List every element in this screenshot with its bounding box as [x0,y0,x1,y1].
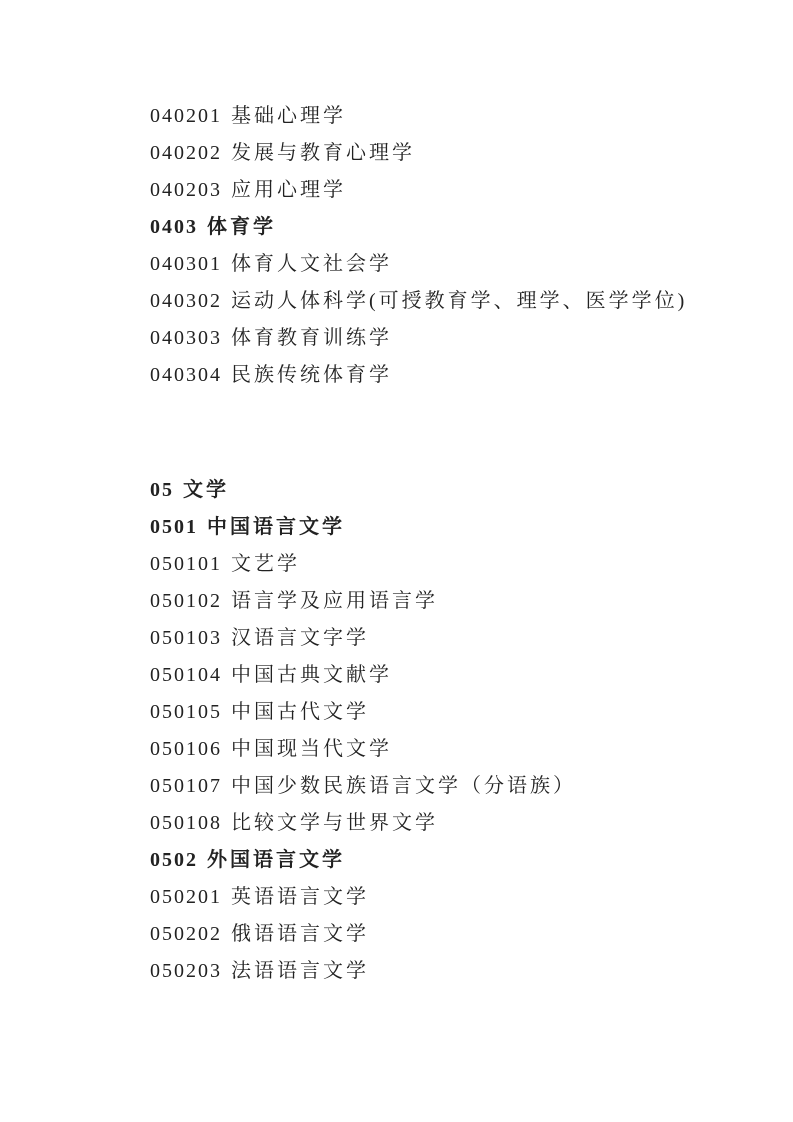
discipline-code: 050201 [150,886,222,908]
discipline-code: 050103 [150,627,222,649]
discipline-entry: 050101文艺学 [150,546,753,583]
document-page: 040201基础心理学040202发展与教育心理学040203应用心理学0403… [0,0,793,1122]
discipline-name: 比较文学与世界文学 [231,812,438,834]
discipline-section-heading: 0502外国语言文学 [150,842,753,879]
discipline-code: 050108 [150,812,222,834]
discipline-code: 050102 [150,590,222,612]
discipline-entry: 050103汉语言文字学 [150,620,753,657]
discipline-code: 050107 [150,775,222,797]
discipline-code: 0502 [150,849,198,871]
discipline-name: 中国古代文学 [231,701,369,723]
discipline-name: 中国少数民族语言文学（分语族） [231,775,576,797]
discipline-entry: 040304民族传统体育学 [150,357,753,394]
discipline-entry: 040203应用心理学 [150,172,753,209]
discipline-name: 体育人文社会学 [231,253,392,275]
discipline-code: 050202 [150,923,222,945]
discipline-name: 文学 [183,479,229,501]
discipline-entry: 050203法语语言文学 [150,953,753,990]
discipline-code: 040202 [150,142,222,164]
discipline-code: 040303 [150,327,222,349]
discipline-code: 040201 [150,105,222,127]
discipline-entry: 050107中国少数民族语言文学（分语族） [150,768,753,805]
discipline-code: 050104 [150,664,222,686]
discipline-name: 基础心理学 [231,105,346,127]
discipline-code: 040302 [150,290,222,312]
discipline-code: 040301 [150,253,222,275]
discipline-name: 汉语言文字学 [231,627,369,649]
discipline-entry: 040302运动人体科学(可授教育学、理学、医学学位) [150,283,753,320]
discipline-code: 050106 [150,738,222,760]
discipline-section-heading: 0403体育学 [150,209,753,246]
discipline-code: 040304 [150,364,222,386]
discipline-entry: 050104中国古典文献学 [150,657,753,694]
discipline-name: 外国语言文学 [207,849,345,871]
discipline-code: 050101 [150,553,222,575]
discipline-code: 050203 [150,960,222,982]
discipline-name: 中国现当代文学 [231,738,392,760]
discipline-entry: 050201英语语言文学 [150,879,753,916]
discipline-catalog: 040201基础心理学040202发展与教育心理学040203应用心理学0403… [150,98,753,990]
discipline-name: 中国语言文学 [207,516,345,538]
discipline-name: 体育学 [207,216,276,238]
discipline-code: 0403 [150,216,198,238]
discipline-entry: 050105中国古代文学 [150,694,753,731]
discipline-entry: 050102语言学及应用语言学 [150,583,753,620]
discipline-name: 法语语言文学 [231,960,369,982]
discipline-name: 文艺学 [231,553,300,575]
discipline-code: 0501 [150,516,198,538]
discipline-name: 应用心理学 [231,179,346,201]
discipline-entry: 040201基础心理学 [150,98,753,135]
discipline-name: 中国古典文献学 [231,664,392,686]
discipline-entry: 050202俄语语言文学 [150,916,753,953]
discipline-name: 体育教育训练学 [231,327,392,349]
discipline-entry: 040303体育教育训练学 [150,320,753,357]
discipline-entry: 040301体育人文社会学 [150,246,753,283]
discipline-name: 发展与教育心理学 [231,142,415,164]
discipline-code: 050105 [150,701,222,723]
discipline-name: 语言学及应用语言学 [231,590,438,612]
discipline-entry: 050106中国现当代文学 [150,731,753,768]
discipline-code: 040203 [150,179,222,201]
discipline-name: 英语语言文学 [231,886,369,908]
discipline-entry: 040202发展与教育心理学 [150,135,753,172]
discipline-section-heading: 0501中国语言文学 [150,509,753,546]
discipline-code: 05 [150,479,174,501]
discipline-section-heading: 05文学 [150,472,753,509]
discipline-name: 运动人体科学(可授教育学、理学、医学学位) [231,290,687,312]
discipline-name: 俄语语言文学 [231,923,369,945]
discipline-entry: 050108比较文学与世界文学 [150,805,753,842]
section-gap [150,394,753,472]
discipline-name: 民族传统体育学 [231,364,392,386]
